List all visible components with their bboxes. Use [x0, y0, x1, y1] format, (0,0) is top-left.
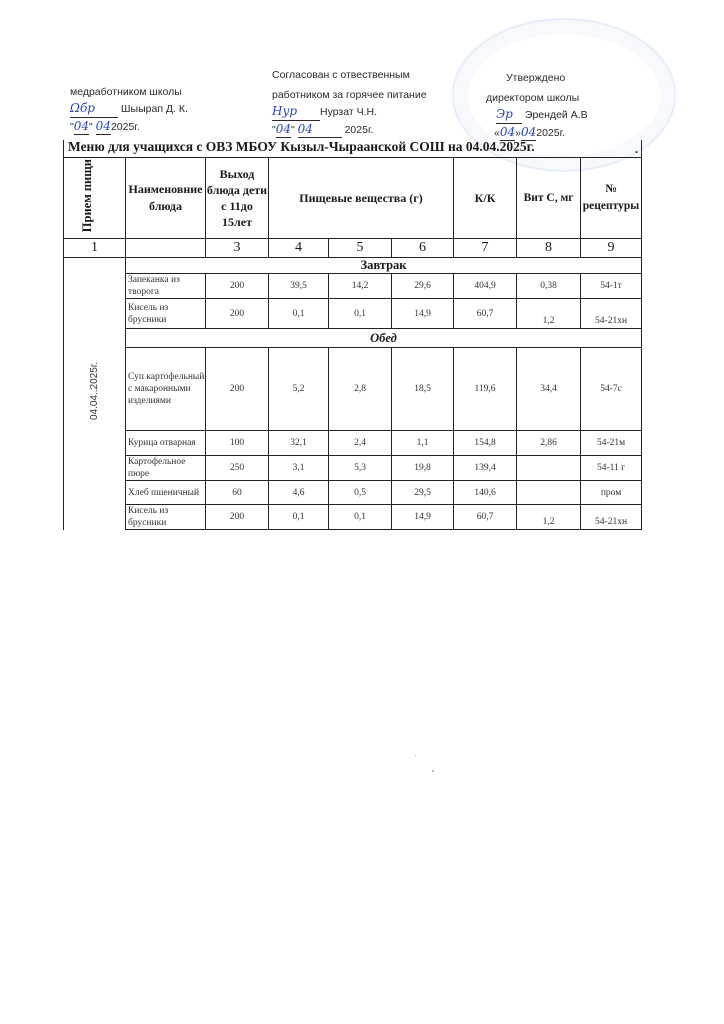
cell-vitc: 1,2 — [517, 299, 581, 329]
col-num: 7 — [454, 239, 517, 258]
column-number-row: 1 3 4 5 6 7 8 9 — [64, 239, 642, 258]
table-row: Суп картофельный с макаронными изделиями… — [64, 348, 642, 431]
cell-carbs: 14,9 — [392, 505, 454, 530]
col-num: 3 — [206, 239, 269, 258]
approval-medical-date: "04" 042025г. — [70, 118, 188, 135]
section-title: Завтрак — [126, 258, 642, 274]
cell-recipe: 54-21хн — [581, 299, 642, 329]
cell-carbs: 29,6 — [392, 274, 454, 299]
cell-vitc: 34,4 — [517, 348, 581, 431]
menu-table: Прием пищи Наименовние блюда Выход блюда… — [63, 157, 642, 530]
cell-fat: 0,1 — [329, 299, 392, 329]
cell-recipe: 54-11 г — [581, 456, 642, 481]
cell-dish: Хлеб пшеничный — [126, 481, 206, 505]
meal-date-cell: 04.04..2025г. — [64, 258, 126, 530]
cell-kcal: 139,4 — [454, 456, 517, 481]
header-kcal: К/К — [454, 158, 517, 239]
menu-title-row: Меню для учащихся с ОВЗ МБОУ Кызыл-Чыраа… — [63, 140, 642, 157]
cell-protein: 0,1 — [269, 505, 329, 530]
cell-protein: 0,1 — [269, 299, 329, 329]
table-row: Курица отварная10032,12,41,1154,82,8654-… — [64, 431, 642, 456]
approval-hot-meals: Согласован с отвественным работником за … — [272, 67, 427, 138]
cell-portion: 250 — [206, 456, 269, 481]
cell-recipe: 54-1т — [581, 274, 642, 299]
cell-portion: 200 — [206, 348, 269, 431]
col-num — [126, 239, 206, 258]
cell-carbs: 1,1 — [392, 431, 454, 456]
approval-director-line2: директором школы — [486, 90, 588, 106]
cell-dish: Курица отварная — [126, 431, 206, 456]
header-recipe: № рецептуры — [581, 158, 642, 239]
cell-kcal: 154,8 — [454, 431, 517, 456]
header-dish: Наименовние блюда — [126, 158, 206, 239]
approval-director: Утверждено директором школы Эр Эрендей А… — [486, 70, 588, 141]
cell-recipe: 54-7с — [581, 348, 642, 431]
signature-director: Эр — [496, 107, 513, 121]
cell-fat: 0,1 — [329, 505, 392, 530]
header-vitc: Вит С, мг — [517, 158, 581, 239]
cell-dish: Кисель из брусники — [126, 299, 206, 329]
cell-kcal: 140,6 — [454, 481, 517, 505]
cell-protein: 3,1 — [269, 456, 329, 481]
approval-hot-meals-date: "04" 04 2025г. — [272, 121, 427, 138]
cell-carbs: 18,5 — [392, 348, 454, 431]
scan-speck — [432, 770, 434, 772]
table-row: Кисель из брусники2000,10,114,960,71,254… — [64, 299, 642, 329]
header-portion: Выход блюда дети с 11до 15лет — [206, 158, 269, 239]
cell-vitc: 0,38 — [517, 274, 581, 299]
menu-title: Меню для учащихся с ОВЗ МБОУ Кызыл-Чыраа… — [68, 139, 535, 155]
cell-fat: 0,5 — [329, 481, 392, 505]
table-row: Хлеб пшеничный604,60,529,5140,6пром — [64, 481, 642, 505]
scan-speck — [415, 755, 416, 756]
cell-protein: 32,1 — [269, 431, 329, 456]
cell-protein: 4,6 — [269, 481, 329, 505]
cell-portion: 100 — [206, 431, 269, 456]
cell-kcal: 60,7 — [454, 505, 517, 530]
date-day: 04 — [74, 118, 89, 135]
cell-vitc — [517, 481, 581, 505]
cell-portion: 200 — [206, 274, 269, 299]
cell-dish: Картофельное пюре — [126, 456, 206, 481]
table-row: Кисель из брусники2000,10,114,960,71,254… — [64, 505, 642, 530]
header-nutrients: Пищевые вещества (г) — [269, 158, 454, 239]
approval-hot-meals-line2: работником за горячее питание — [272, 87, 427, 103]
approval-medical-role: медработником школы — [70, 84, 188, 100]
cell-vitc — [517, 456, 581, 481]
table-row: Запеканка из творога20039,514,229,6404,9… — [64, 274, 642, 299]
cell-fat: 14,2 — [329, 274, 392, 299]
cell-fat: 2,4 — [329, 431, 392, 456]
cell-kcal: 404,9 — [454, 274, 517, 299]
approval-medical: медработником школы Ωбр Шыырап Д. К. "04… — [70, 84, 188, 135]
col-num: 5 — [329, 239, 392, 258]
cell-carbs: 29,5 — [392, 481, 454, 505]
cell-kcal: 119,6 — [454, 348, 517, 431]
approval-hot-meals-line1: Согласован с отвественным — [272, 67, 427, 83]
col-num: 9 — [581, 239, 642, 258]
cell-kcal: 60,7 — [454, 299, 517, 329]
table-row: Картофельное пюре2503,15,319,8139,454-11… — [64, 456, 642, 481]
cell-portion: 200 — [206, 505, 269, 530]
cell-recipe: пром — [581, 481, 642, 505]
cell-portion: 60 — [206, 481, 269, 505]
section-row: 04.04..2025г.Завтрак — [64, 258, 642, 274]
section-title: Обед — [126, 329, 642, 348]
cell-fat: 2,8 — [329, 348, 392, 431]
approval-director-line1: Утверждено — [486, 70, 588, 86]
cell-carbs: 14,9 — [392, 299, 454, 329]
cell-protein: 5,2 — [269, 348, 329, 431]
meal-date: 04.04..2025г. — [89, 362, 100, 420]
header-meal: Прием пищи — [64, 158, 126, 239]
cell-dish: Кисель из брусники — [126, 505, 206, 530]
cell-dish: Запеканка из творога — [126, 274, 206, 299]
col-num: 4 — [269, 239, 329, 258]
cell-vitc: 2,86 — [517, 431, 581, 456]
col-num: 1 — [64, 239, 126, 258]
approval-director-name: Эрендей А.В — [525, 109, 588, 121]
approval-medical-name: Шыырап Д. К. — [121, 103, 188, 115]
cell-carbs: 19,8 — [392, 456, 454, 481]
col-num: 6 — [392, 239, 454, 258]
signature-medical: Ωбр — [70, 101, 95, 115]
cell-fat: 5,3 — [329, 456, 392, 481]
header-row: Прием пищи Наименовние блюда Выход блюда… — [64, 158, 642, 239]
col-num: 8 — [517, 239, 581, 258]
signature-hot-meals: Нур — [272, 104, 297, 118]
cell-dish: Суп картофельный с макаронными изделиями — [126, 348, 206, 431]
date-month: 04 — [298, 121, 342, 138]
cell-recipe: 54-21м — [581, 431, 642, 456]
date-month: 04 — [96, 118, 111, 135]
cell-protein: 39,5 — [269, 274, 329, 299]
cell-recipe: 54-21хн — [581, 505, 642, 530]
section-row: Обед — [64, 329, 642, 348]
cell-vitc: 1,2 — [517, 505, 581, 530]
date-day: 04 — [276, 121, 291, 138]
title-mark: . — [635, 142, 638, 157]
cell-portion: 200 — [206, 299, 269, 329]
approval-hot-meals-name: Нурзат Ч.Н. — [320, 106, 377, 118]
